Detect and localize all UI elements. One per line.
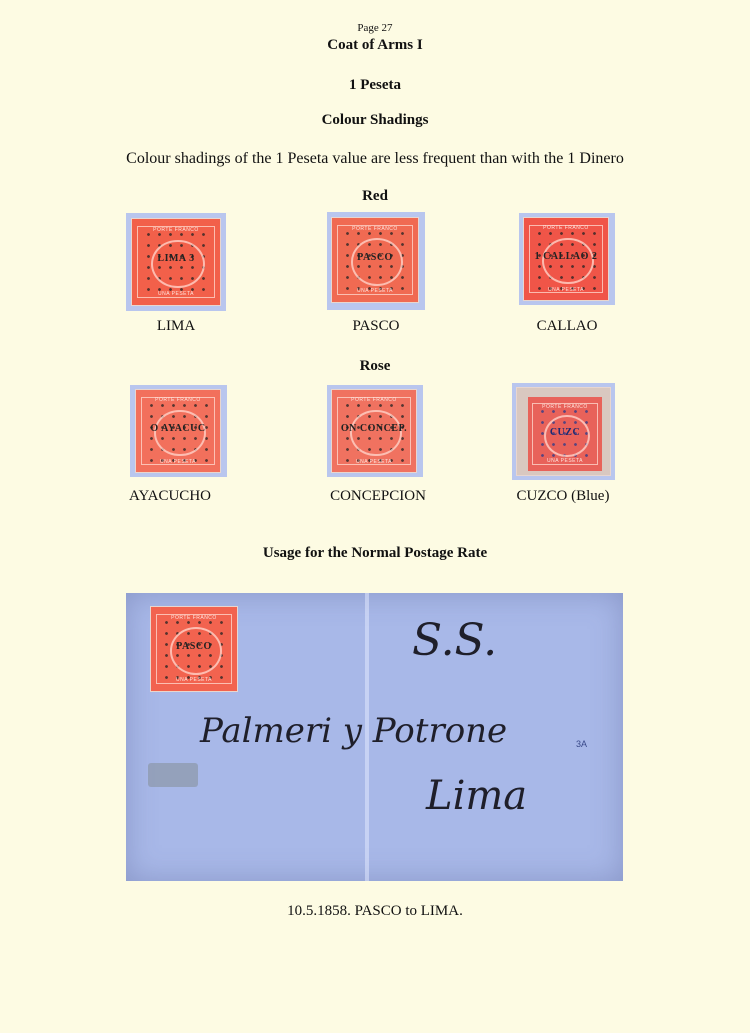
pencil-note: 3A [576,739,587,749]
stamp-label-lima: LIMA [96,318,256,335]
stamp-label-concepcion: CONCEPCION [298,488,458,505]
cover-stamp: PORTE FRANCO PASCO UNA PESETA [150,606,238,692]
description: Colour shadings of the 1 Peseta value ar… [0,150,750,168]
group-heading-rose: Rose [0,358,750,375]
address-line-1: S.S. [412,615,497,666]
stamp-label-cuzco: CUZCO (Blue) [483,488,643,505]
stamp-mount-concepcion: PORTE FRANCO ON CONCEP. UNA PESETA [327,385,423,477]
stamp-ayacucho: PORTE FRANCO O AYACUC UNA PESETA [135,389,221,473]
group-heading-red: Red [0,188,750,205]
cover-caption: 10.5.1858. PASCO to LIMA. [0,903,750,920]
stamp-mount-lima: PORTE FRANCO LIMA 3 UNA PESETA [126,213,226,311]
stamp-lima: PORTE FRANCO LIMA 3 UNA PESETA [131,218,221,306]
stamp-mount-cuzco: PORTE FRANCO CUZC UNA PESETA [512,383,615,480]
stamp-label-callao: CALLAO [487,318,647,335]
stamp-label-ayacucho: AYACUCHO [90,488,250,505]
address-line-3: Lima [426,773,527,819]
cover-smudge [148,763,198,787]
stamp-concepcion: PORTE FRANCO ON CONCEP. UNA PESETA [331,389,417,473]
page-title: Coat of Arms I [0,37,750,54]
stamp-mount-pasco: PORTE FRANCO PASCO UNA PESETA [327,212,425,310]
page-subtitle: 1 Peseta [0,77,750,94]
section-title: Colour Shadings [0,112,750,129]
address-line-2: Palmeri y Potrone [200,711,507,751]
stamp-mount-ayacucho: PORTE FRANCO O AYACUC UNA PESETA [130,385,227,477]
stamp-pasco: PORTE FRANCO PASCO UNA PESETA [331,217,419,303]
stamp-label-pasco: PASCO [296,318,456,335]
usage-heading: Usage for the Normal Postage Rate [0,545,750,562]
page-number: Page 27 [0,22,750,34]
postal-cover: PORTE FRANCO PASCO UNA PESETA S.S. Palme… [126,593,623,881]
stamp-callao: PORTE FRANCO 1 CALLAO 2 UNA PESETA [523,217,609,301]
stamp-mount-callao: PORTE FRANCO 1 CALLAO 2 UNA PESETA [519,213,615,305]
stamp-cuzco-piece: PORTE FRANCO CUZC UNA PESETA [516,387,611,476]
